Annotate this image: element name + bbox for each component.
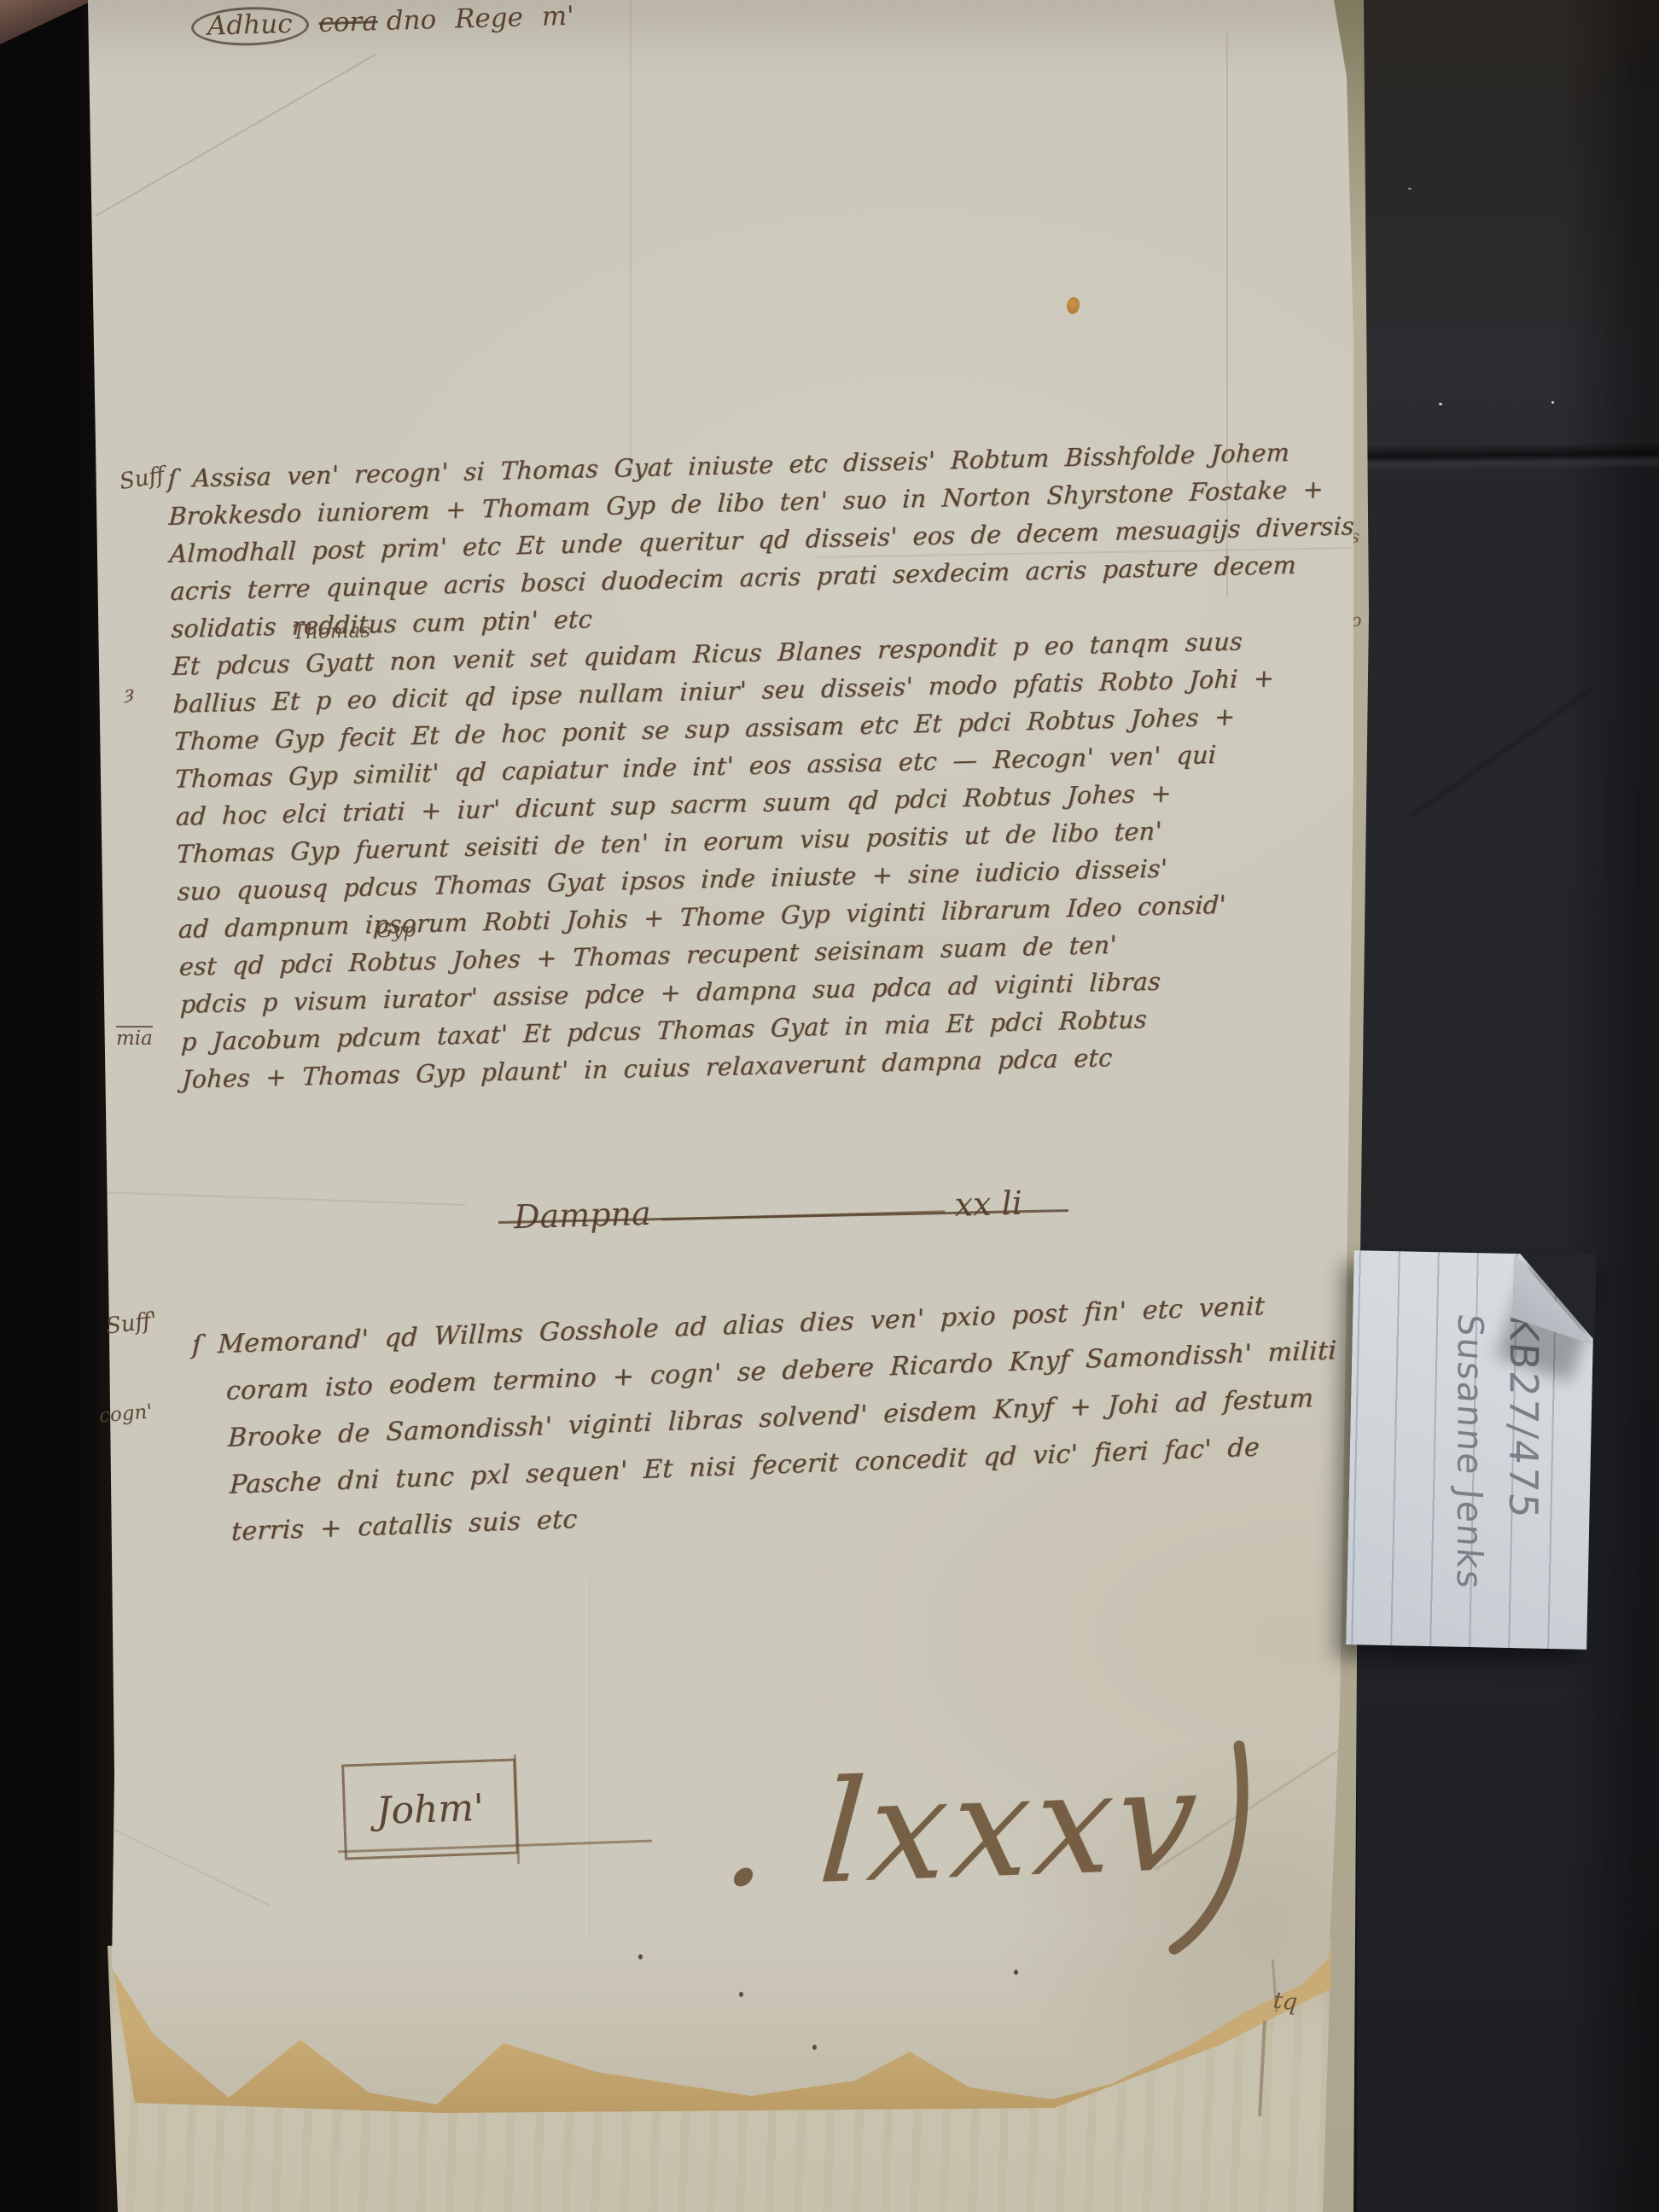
archive-label: KB27/475 Susanne Jenks [1346, 1250, 1595, 1650]
dust-speck [1551, 401, 1554, 404]
ink-speck [812, 2045, 817, 2050]
numeral-flourish [1157, 1736, 1285, 1958]
circled-word: Adhuc [190, 5, 309, 47]
entry-block-1: ſ Assisa ven' recogn' si Thomas Gyat ini… [167, 433, 1377, 1099]
struck-word: cora [318, 6, 378, 38]
damages-label: Dampna [514, 1195, 652, 1236]
stain [1066, 296, 1081, 315]
entry-block-2: ſ Memorand' qd Willms Gosshole ad alias … [176, 1278, 1387, 1557]
dust-speck [1408, 188, 1412, 189]
crease [96, 53, 377, 217]
marginal-mark: ȝ [125, 683, 134, 703]
cloth-crease [1411, 688, 1594, 818]
interlineation: Thomas [292, 620, 370, 643]
crease [589, 1579, 591, 1937]
crease [630, 0, 632, 478]
interlineation: Gyp [376, 919, 416, 942]
heading-rest: dno Rege m' [386, 1, 574, 37]
dust-speck [1439, 403, 1442, 405]
ink-speck [638, 1954, 643, 1959]
cloth-seam [1357, 442, 1659, 471]
ink-speck [1014, 1970, 1018, 1975]
marginal-amercement: mia [116, 1027, 153, 1050]
crease [99, 1191, 466, 1206]
label-researcher: Susanne Jenks [1443, 1312, 1497, 1650]
clerk-name: Johm' [375, 1785, 485, 1832]
crease [108, 1826, 271, 1906]
membrane-number: . lxxxv [718, 1738, 1205, 1918]
marginal-recognizance: cogn' [98, 1400, 154, 1427]
damages-amount: xx li [954, 1185, 1022, 1224]
archive-photo-scene: uo p t o ptts uno Adhuccoradno Rege m' S… [0, 0, 1659, 2212]
ink-speck [739, 1992, 743, 1997]
backing-cloth [1357, 0, 1659, 2212]
